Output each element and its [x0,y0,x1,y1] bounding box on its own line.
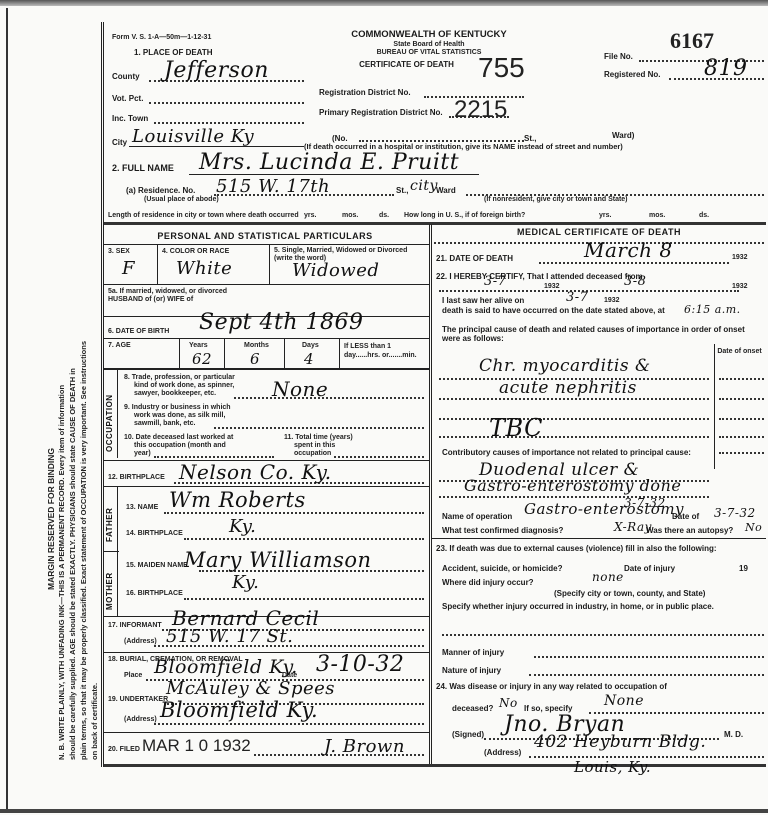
trade-line [234,397,424,399]
industry-label-1: 9. Industry or business in which [124,404,231,412]
board-of-health: State Board of Health [319,41,539,49]
row-line-9 [104,732,429,733]
specify-label: Specify whether injury occurred in indus… [442,602,762,611]
informant-label: 17. INFORMANT [108,622,162,630]
age-divider-3 [284,338,285,368]
personal-heading-line [104,244,429,245]
father-name-value: Wm Roberts [169,488,306,512]
nonresident-note: (If nonresident, give city or town and S… [484,196,628,204]
operation-date-label: Date of [672,512,699,521]
residence-city-value: city [410,178,438,194]
reg-district-label: Registration District No. [319,88,411,97]
last-worked-label-2: this occupation (month and [134,442,226,450]
occupation-related-label: 24. Was disease or injury in any way rel… [436,682,667,691]
margin-instruction-3: plain terms, so that it may be properly … [78,40,89,760]
contributory-line-2 [439,496,709,498]
contributory-label: Contributory causes of importance not re… [442,448,712,457]
attended-to-year: 1932 [732,283,748,291]
physician-address-label: (Address) [484,748,521,757]
specify-line [442,634,764,636]
undertaker-value: McAuley & Spees [166,678,335,699]
dob-value: Sept 4th 1869 [199,310,364,335]
cause-3-value: TBC [489,414,543,442]
personal-heading: PERSONAL AND STATISTICAL PARTICULARS [104,232,426,241]
cause-line-2 [439,398,709,400]
vot-pct-label: Vot. Pct. [112,94,143,103]
date-of-onset-label: Date of onset [717,348,762,356]
parents-split [104,551,119,552]
margin-instruction-2: should be carefully supplied. AGE should… [67,40,78,760]
row-line-1 [104,284,429,285]
father-birthplace-label: 14. BIRTHPLACE [126,530,183,538]
medical-divider-1 [432,538,766,539]
occupation-side-label: OCCUPATION [105,377,114,452]
residence-value: 515 W. 17th [216,176,330,197]
last-worked-label-1: 10. Date deceased last worked at [124,434,233,442]
physician-address-1: 402 Heyburn Bldg. [534,732,706,752]
mother-birthplace-value: Ky. [232,572,259,593]
place-of-death-heading: 1. PLACE OF DEATH [134,48,213,57]
accident-label: Accident, suicide, or homicide? [442,564,562,573]
cause-line-3 [439,418,709,420]
age-less-day-label: If LESS than 1 day......hrs. or.......mi… [344,342,424,360]
inc-town-label: Inc. Town [112,114,148,123]
age-days-value: 4 [304,350,314,368]
city-value: Louisville Ky [132,126,254,147]
undertaker-address-value: Bloomfield Ky. [160,698,318,722]
residence-label: (a) Residence. No. [126,186,195,195]
contributory-2-value: Gastro-enterostomy done [464,476,681,495]
last-saw-value: 3-7 [566,290,588,305]
age-years-value: 62 [192,350,212,368]
row-line-3 [104,338,429,339]
mother-birthplace-line [184,598,424,600]
operation-label: Name of operation [442,512,512,521]
color-label: 4. COLOR OR RACE [162,248,229,256]
registrar-signature: J. Brown [324,736,405,757]
ward-label: Ward) [612,131,634,140]
primary-reg-label: Primary Registration District No. [319,108,443,117]
age-label: 7. AGE [108,342,131,350]
mother-maiden-value: Mary Williamson [184,548,372,572]
scan-left-edge [6,8,8,813]
last-worked-label-3: year) [134,450,151,458]
last-worked-line [154,456,274,458]
attended-from-value: 3-7 [484,274,506,289]
medical-heading: MEDICAL CERTIFICATE OF DEATH [434,228,764,237]
scan-bottom-edge [0,809,768,813]
total-time-label-1: 11. Total time (years) [284,434,353,442]
foreign-yrs: yrs. [599,212,611,220]
nature-line [529,674,764,676]
death-certificate-scan: MARGIN RESERVED FOR BINDING N. B. WRITE … [0,0,768,815]
deceased-label: deceased? [452,704,493,713]
residence-st-label: St., [396,186,408,195]
signed-label: (Signed) [452,730,484,739]
manner-line [534,656,764,658]
external-label: 23. If death was due to external causes … [436,544,766,553]
onset-column-divider [714,344,715,469]
form-number: Form V. S. 1-A—50m—1-12-31 [112,34,211,42]
row-line-6 [104,486,429,487]
father-birthplace-line [184,538,424,540]
cause-intro: The principal cause of death and related… [442,325,762,343]
md-label: M. D. [724,730,743,739]
foreign-mos: mos. [649,212,665,220]
occupation-side-line [117,368,118,458]
mother-birthplace-label: 16. BIRTHPLACE [126,590,183,598]
father-birthplace-value: Ky. [229,516,256,537]
cause-1-value: Chr. myocarditis & [479,356,651,376]
autopsy-value: No [745,521,762,534]
mother-maiden-label: 15. MAIDEN NAME [126,562,188,570]
onset-line-1 [719,378,764,380]
age-divider-4 [339,338,340,368]
onset-line-3 [719,418,764,420]
attended-to-value: 3-8 [624,274,646,289]
certificate-title: CERTIFICATE OF DEATH [319,60,494,69]
spouse-label: 5a. If married, widowed, or divorced HUS… [108,288,258,304]
total-time-line [334,456,424,458]
burial-place-value: Bloomfield Ky. [154,656,298,678]
sex-value: F [122,258,135,279]
trade-label-3: sawyer, bookkeeper, etc. [134,390,216,398]
trade-label-1: 8. Trade, profession, or particular [124,374,235,382]
color-value: White [176,258,232,279]
certificate-number: 755 [478,52,525,84]
onset-line-5 [719,452,764,454]
filed-date-stamp: MAR 1 0 1932 [142,736,251,756]
nature-label: Nature of injury [442,666,501,675]
operation-value: Gastro-enterostomy [524,500,684,518]
trade-value: None [272,377,328,401]
age-years-label: Years [189,342,208,350]
informant-address-label: (Address) [124,638,157,646]
onset-line-4 [719,436,764,438]
vot-pct-line [149,102,304,104]
length-mos: mos. [342,212,358,220]
registered-no-value: 819 [704,56,748,81]
date-of-death-value: March 8 [584,238,673,262]
sex-divider [157,244,158,284]
margin-instruction-4: on back of certificate. [89,620,100,760]
dob-label: 6. DATE OF BIRTH [108,328,169,336]
state-title: COMMONWEALTH OF KENTUCKY [319,30,539,39]
undertaker-address-label: (Address) [124,716,157,724]
age-months-value: 6 [250,350,260,368]
birthplace-label: 12. BIRTHPLACE [108,474,165,482]
margin-instruction-1: N. B. WRITE PLAINLY, WITH UNFADING INK—T… [56,40,67,760]
date-of-death-year: 1932 [732,254,748,262]
onset-line-2 [719,398,764,400]
industry-label-3: sawmill, bank, etc. [134,420,195,428]
physician-address-2: Louis, Ky. [574,758,651,776]
burial-date-value: 3-10-32 [316,652,404,677]
operation-date-value: 3-7-32 [714,506,756,520]
burial-place-label: Place [124,672,142,680]
total-time-label-3: occupation [294,450,331,458]
manner-label: Manner of injury [442,648,504,657]
total-time-label-2: spent in this [294,442,335,450]
certificate-form: Form V. S. 1-A—50m—1-12-31 1. PLACE OF D… [101,22,768,767]
father-name-line [164,512,424,514]
county-label: County [112,72,140,81]
mother-side-label: MOTHER [105,550,114,610]
scan-top-edge [0,0,768,6]
registered-no-label: Registered No. [604,70,660,79]
inc-town-line [154,122,304,124]
attended-line [439,290,739,292]
certify-label: 22. I HEREBY CERTIFY, That I attended de… [436,272,643,281]
attended-from-year: 1932 [544,283,560,291]
industry-line [214,427,424,429]
father-side-label: FATHER [105,490,114,542]
abode-note: (Usual place of abode) [144,196,219,204]
age-months-label: Months [244,342,269,350]
where-value: none [592,570,624,584]
age-divider-2 [224,338,225,368]
cause-line-4 [439,436,709,438]
length-yrs: yrs. [304,212,316,220]
full-name-label: 2. FULL NAME [112,164,174,173]
last-saw-year: 1932 [604,297,620,305]
marital-value: Widowed [292,260,379,281]
filed-label: 20. FILED [108,746,140,754]
color-divider [269,244,270,284]
residence-ward-label: Ward [436,186,456,195]
file-no-label: File No. [604,52,633,61]
length-residence-label: Length of residence in city or town wher… [108,212,299,220]
father-name-label: 13. NAME [126,504,158,512]
file-number-stamp: 6167 [670,28,714,54]
county-value: Jefferson [164,58,269,83]
autopsy-label: Was there an autopsy? [646,526,733,535]
cause-2-value: acute nephritis [499,378,637,398]
date-of-death-label: 21. DATE OF DEATH [436,254,513,263]
age-days-label: Days [302,342,319,350]
deceased-answer: No [499,696,518,710]
birthplace-value: Nelson Co. Ky. [179,460,332,484]
undertaker-address-line [154,723,424,725]
length-ds: ds. [379,212,389,220]
date-of-death-line [539,262,729,264]
test-label: What test confirmed diagnosis? [442,526,563,535]
foreign-ds: ds. [699,212,709,220]
informant-address-value: 515 W. 17 St. [166,626,293,647]
if-so-value: None [604,693,644,709]
where-label: Where did injury occur? [442,578,534,587]
foreign-birth-label: How long in U. S., if of foreign birth? [404,212,525,220]
where-note: (Specify city or town, county, and State… [554,589,705,598]
bottom-border [104,764,766,767]
column-divider [429,224,432,767]
trade-label-2: kind of work done, as spinner, [134,382,234,390]
header-divider [104,222,766,225]
full-name-value: Mrs. Lucinda E. Pruitt [199,150,459,175]
injury-date-label: Date of injury [624,564,675,573]
death-time-value: 6:15 a.m. [684,303,741,316]
primary-reg-value: 2215 [454,96,507,124]
last-saw-label: I last saw her alive on [442,296,524,305]
injury-year: 19 [739,564,748,573]
city-label: City [112,138,127,147]
industry-label-2: work was done, as silk mill, [134,412,225,420]
age-divider-1 [179,338,180,368]
sex-label: 3. SEX [108,248,130,256]
row-line-4 [104,368,429,370]
